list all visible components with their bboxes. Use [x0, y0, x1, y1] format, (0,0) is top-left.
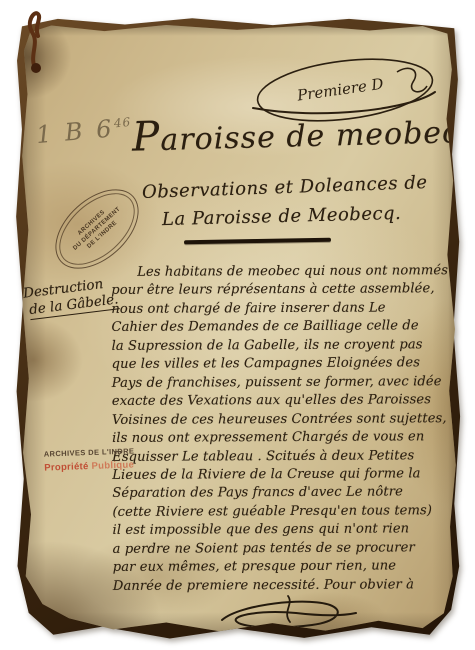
manuscript-line: Pays de franchises, puissent se former, …: [112, 373, 462, 393]
photo-of-manuscript: { "document": { "archival_cote": { "main…: [0, 0, 475, 650]
document-title: Paroisse de meobecq.: [131, 103, 475, 160]
manuscript-line: Séparation des Pays francs d'avec Le nôt…: [112, 484, 462, 504]
thread-knot: [31, 63, 41, 73]
manuscript-line: exacte des Vexations aux qu'elles des Pa…: [112, 391, 462, 411]
property-stamp-word-2: Publique: [91, 459, 134, 471]
cote-superscript: 46: [113, 115, 131, 130]
oval-stamp-text-3: DE L'INDRE: [86, 220, 119, 250]
thread-strand: [30, 13, 39, 70]
manuscript-line: Voisines de ces heureuses Contrées sont …: [112, 410, 462, 430]
manuscript-line: Esquisser Le tableau . Scitués à deux Pe…: [112, 447, 462, 467]
manuscript-line: il est impossible que des gens qui n'ont…: [112, 520, 462, 540]
oval-stamp-text-2: DU DÉPARTEMENT: [72, 206, 122, 252]
margin-note: Destruction de la Gâbele.: [22, 274, 119, 319]
paraph-squiggle: [287, 596, 290, 622]
archival-cote: 1 B 646: [35, 113, 133, 149]
corner-inscription: Premiere D: [295, 75, 385, 105]
manuscript-line: Cahier des Demandes de ce Bailliage cell…: [111, 317, 461, 337]
property-stamp-word-1: Propriété: [44, 461, 89, 474]
heading-underline: [184, 238, 331, 244]
manuscript-line: (cette Riviere est guéable Presqu'en tou…: [112, 502, 462, 522]
manuscript-paper: 1 B 646 Premiere D Paroisse de meobecq. …: [16, 20, 458, 638]
manuscript-line: que les villes et les Campagnes Eloignée…: [112, 354, 462, 374]
manuscript-line: Les habitans de meobec qui nous ont nomm…: [111, 262, 461, 282]
manuscript-line: Lieues de la Riviere de la Creuse qui fo…: [112, 465, 462, 485]
manuscript-line: pour être leurs réprésentans à cette ass…: [111, 281, 461, 301]
manuscript-line: ils nous ont expressement Chargés de vou…: [112, 428, 462, 448]
manuscript-line: a perdre ne Soient pas tentés de se proc…: [113, 539, 463, 559]
binding-thread-icon: [12, 2, 56, 76]
manuscript-page: 1 B 646 Premiere D Paroisse de meobecq. …: [16, 20, 458, 638]
archive-property-stamp: ARCHIVES DE L'INDRE Propriété Publique: [44, 444, 136, 475]
body-text: Les habitans de meobec qui nous ont nomm…: [111, 262, 463, 596]
oval-stamp-text-1: ARCHIVES: [77, 209, 107, 237]
cote-main: 1 B 6: [35, 114, 116, 149]
manuscript-line: par eux mêmes, et presque pour rien, une: [113, 557, 463, 577]
manuscript-line: la Supression de la Gabelle, ils ne croy…: [112, 336, 462, 356]
heading-line-2: La Paroisse de Meobecq.: [162, 203, 402, 230]
manuscript-line: nous ont chargé de faire inserer dans Le: [111, 299, 461, 319]
flourish-paraph-loop: [397, 68, 427, 91]
heading-line-1: Observations et Doleances de: [142, 172, 428, 203]
